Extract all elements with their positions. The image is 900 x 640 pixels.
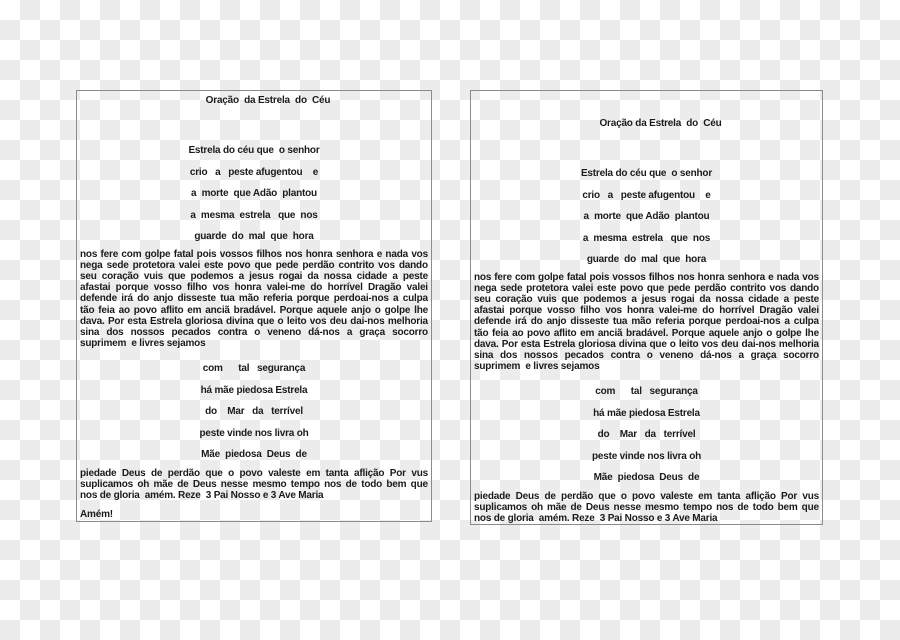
text-line: defendeirádoanjodissestetuamãoreferiapor…	[474, 316, 819, 327]
text-line: Mãe piedosa Deus de	[80, 444, 428, 466]
text-line: Estrela do céu que o senhor	[474, 163, 819, 185]
text-line: sinadosnossospecadoscontraovenenodá-nosa…	[474, 350, 819, 361]
text-line: tãofeiaaopovoaflitoemanciãbradável.Porqu…	[474, 328, 819, 339]
stanza-block-1: Estrela do céu que o senhorcrio a peste …	[80, 140, 428, 248]
text-line: suprimem e livres sejamos	[474, 361, 819, 372]
document-page-left: Oração da Estrela do Céu Estrela do céu …	[76, 90, 432, 522]
text-line: com tal segurança	[80, 358, 428, 380]
text-line: peste vinde nos livra oh	[474, 446, 819, 468]
text-line: Mãe piedosa Deus de	[474, 467, 819, 489]
text-line: piedadeDeusdeperdãoqueopovovalesteemtant…	[80, 468, 428, 479]
prayer-paragraph-2: piedadeDeusdeperdãoqueopovovalesteemtant…	[474, 491, 819, 525]
stanza-block-1: Estrela do céu que o senhorcrio a peste …	[474, 163, 819, 271]
text-line: nosferecomgolpefatalpoisvossosfilhosnosh…	[80, 249, 428, 260]
text-line: do Mar da terrível	[80, 401, 428, 423]
text-line: guarde do mal que hora	[474, 249, 819, 271]
prayer-paragraph-2: piedadeDeusdeperdãoqueopovovalesteemtant…	[80, 468, 428, 502]
text-line: afastaiporquevossofilhovoshonravalei-med…	[474, 305, 819, 316]
text-line: suprimem e livres sejamos	[80, 338, 428, 349]
text-line: suplicamosohmãedeDeusnessemesmotemponosd…	[474, 502, 819, 513]
text-line: a morte que Adão plantou	[474, 206, 819, 228]
amen-line: Amém!	[80, 509, 428, 520]
text-line: peste vinde nos livra oh	[80, 423, 428, 445]
prayer-paragraph-1: nosferecomgolpefatalpoisvossosfilhosnosh…	[80, 249, 428, 350]
text-line: do Mar da terrível	[474, 424, 819, 446]
transparency-checkerboard-canvas: Oração da Estrela do Céu Estrela do céu …	[0, 0, 900, 640]
text-line: seucoraçãovuisquepodemosajesusrogaidanos…	[474, 294, 819, 305]
text-line: negasedeprotetoravaleiestepovoquepedeper…	[474, 283, 819, 294]
document-page-right: Oração da Estrela do Céu Estrela do céu …	[470, 90, 823, 525]
text-line: dava.PorestaEstrelagloriosadivinaqueolei…	[474, 339, 819, 350]
text-line: suplicamosohmãedeDeusnessemesmotemponosd…	[80, 479, 428, 490]
text-line: dava.PorestaEstrelagloriosadivinaqueolei…	[80, 316, 428, 327]
stanza-block-2: com tal segurançahá mãe piedosa Estrelad…	[474, 381, 819, 489]
text-line: a mesma estrela que nos	[80, 205, 428, 227]
text-line: Estrela do céu que o senhor	[80, 140, 428, 162]
text-line: a mesma estrela que nos	[474, 228, 819, 250]
text-line: sinadosnossospecadoscontraovenenodá-nosa…	[80, 327, 428, 338]
text-line: nosferecomgolpefatalpoisvossosfilhosnosh…	[474, 272, 819, 283]
text-line: crio a peste afugentou e	[80, 162, 428, 184]
text-line: há mãe piedosa Estrela	[80, 380, 428, 402]
text-line: nos de gloria amém. Reze 3 Pai Nosso e 3…	[80, 490, 428, 501]
text-line: seucoraçãovuisquepodemosajesusrogaidanos…	[80, 271, 428, 282]
text-line: crio a peste afugentou e	[474, 185, 819, 207]
prayer-paragraph-1: nosferecomgolpefatalpoisvossosfilhosnosh…	[474, 272, 819, 373]
text-line: guarde do mal que hora	[80, 226, 428, 248]
text-line: afastaiporquevossofilhovoshonravalei-med…	[80, 282, 428, 293]
text-line: com tal segurança	[474, 381, 819, 403]
text-line: negasedeprotetoravaleiestepovoquepedeper…	[80, 260, 428, 271]
text-line: há mãe piedosa Estrela	[474, 403, 819, 425]
prayer-title: Oração da Estrela do Céu	[94, 95, 432, 107]
text-line: a morte que Adão plantou	[80, 183, 428, 205]
text-line: tãofeiaaopovoaflitoemanciãbradável.Porqu…	[80, 305, 428, 316]
text-line: piedadeDeusdeperdãoqueopovovalesteemtant…	[474, 491, 819, 502]
prayer-title: Oração da Estrela do Céu	[488, 118, 823, 130]
text-line: nos de gloria amém. Reze 3 Pai Nosso e 3…	[474, 513, 819, 524]
text-line: defendeirádoanjodissestetuamãoreferiapor…	[80, 293, 428, 304]
stanza-block-2: com tal segurançahá mãe piedosa Estrelad…	[80, 358, 428, 466]
